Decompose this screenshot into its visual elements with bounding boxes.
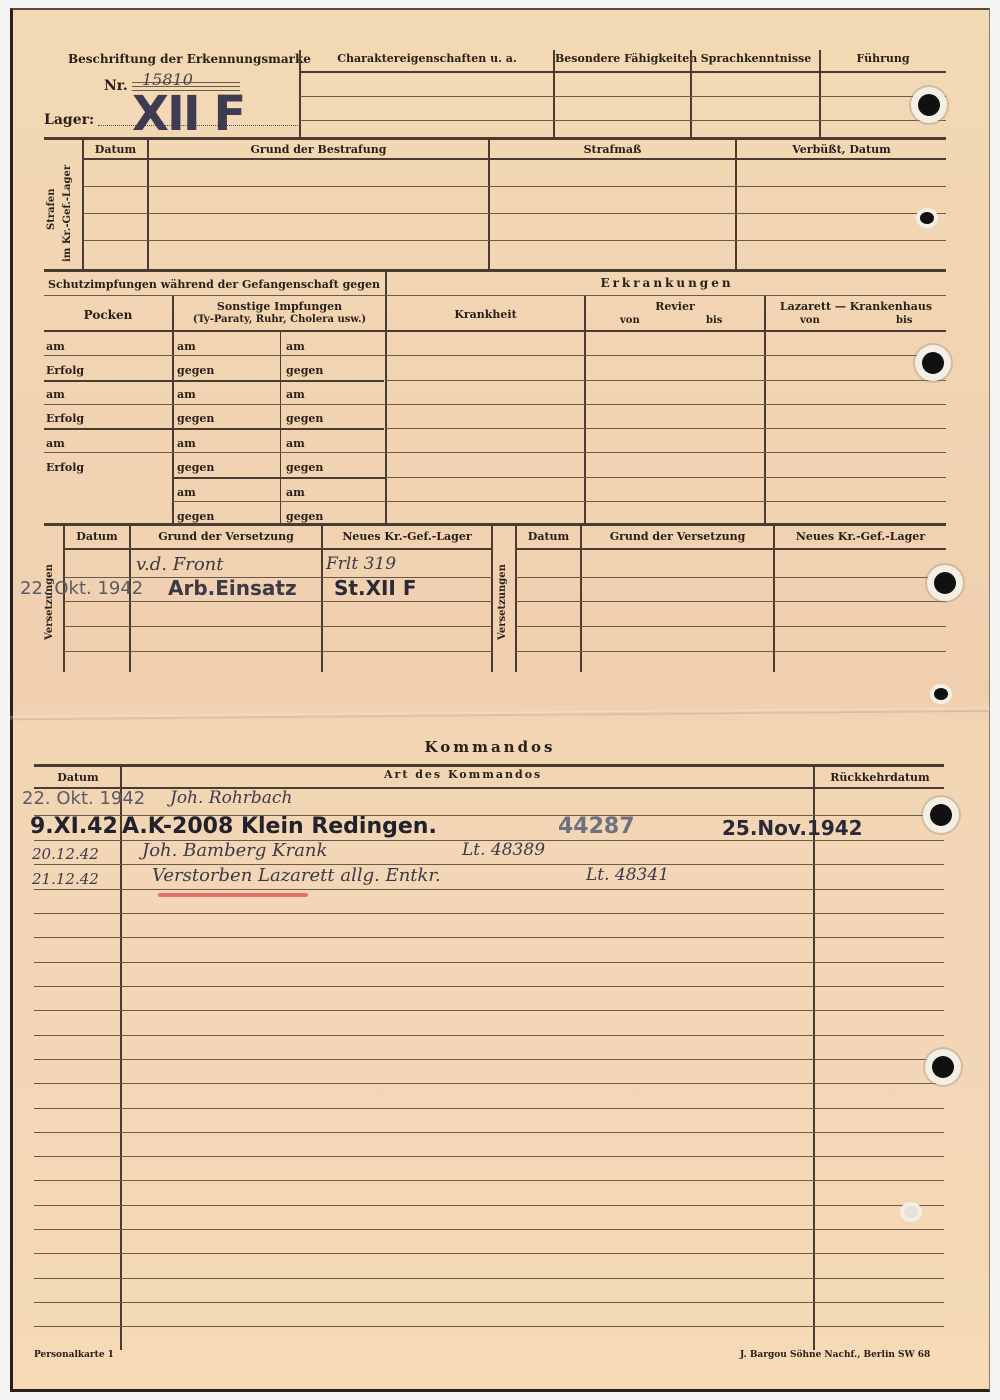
col-fuehrung: Führung [821,52,945,65]
sonstige-row: am [177,388,196,401]
col-faehigkeiten: Besondere Fähigkeiten [555,52,690,65]
versetzungen-side-label-right: Versetzungen [497,564,508,640]
sonstige-row: am [177,486,196,499]
sonstige-row: am [286,486,305,499]
punch-hole [932,1056,954,1078]
personal-card [10,8,990,1392]
kommando-art: A.K-2008 Klein Redingen. [122,814,437,839]
punch-hole [918,94,940,116]
lager-stamp: XII F [132,86,244,142]
sonstige-row: am [286,437,305,450]
punch-hole [930,804,952,826]
versetzungen-side-label-left: Versetzungen [44,564,55,640]
pocken-row: am [46,340,65,353]
sonstige-row: am [177,340,196,353]
kommando-datum: 9.XI.42 [30,814,118,839]
kommando-datum: 22. Okt. 1942 [22,788,145,809]
col-strafe-grund: Grund der Bestrafung [149,143,488,156]
col-sonstige-sub: (Ty-Paraty, Ruhr, Cholera usw.) [174,314,385,325]
kommando-datum: 21.12.42 [32,870,99,888]
sonstige-row: gegen [286,412,323,425]
versetzung-lager-stamp: St.XII F [334,576,417,600]
punch-hole [904,1206,918,1218]
nr-label: Nr. [104,78,128,94]
kommando-datum: 20.12.42 [32,845,99,863]
punch-hole [934,688,948,700]
versetzung-lager-handwritten: Frlt 319 [326,554,396,574]
sonstige-row: gegen [177,364,214,377]
red-underline [158,893,308,897]
strafen-side-label-1: Strafen [46,188,57,230]
pocken-row: Erfolg [46,364,84,377]
col-vers-datum-right: Datum [517,530,580,543]
col-strafe-datum: Datum [84,143,147,156]
strafen-side-label-2: im Kr.-Gef.-Lager [62,165,73,262]
kommando-rueckkehr: 25.Nov.1942 [722,816,863,840]
punch-hole [922,352,944,374]
erkrankungen-title: Erkrankungen [387,276,947,290]
versetzung-datum: 22. Okt. 1942 [20,578,143,599]
sonstige-row: am [177,437,196,450]
sonstige-row: gegen [286,510,323,523]
pocken-row: am [46,388,65,401]
punch-hole [920,212,934,224]
tag-label: Beschriftung der Erkennungsmarke [68,52,311,66]
col-vers-grund-right: Grund der Versetzung [582,530,773,543]
col-rueckkehr: Rückkehrdatum [815,771,945,784]
revier-von: von [620,315,640,326]
kommando-nr: Lt. 48341 [586,865,669,885]
col-pocken: Pocken [44,308,172,322]
lazarett-von: von [800,315,820,326]
col-vers-grund-left: Grund der Versetzung [131,530,321,543]
col-sprachen: Sprachkenntnisse [692,52,820,65]
kommando-nr: Lt. 48389 [462,840,545,860]
lager-label: Lager: [44,112,94,128]
sonstige-row: gegen [286,461,323,474]
impfungen-title: Schutzimpfungen während der Gefangenscha… [44,278,384,291]
col-verbuesst: Verbüßt, Datum [737,143,946,156]
kommando-art: Joh. Bamberg Krank [142,840,327,861]
kommando-art: Joh. Rohrbach [170,788,292,808]
lazarett-bis: bis [896,315,912,326]
versetzung-grund-handwritten: v.d. Front [136,554,223,575]
col-revier: Revier [586,300,764,313]
pocken-row: am [46,437,65,450]
col-sonstige: Sonstige Impfungen [174,300,385,313]
sonstige-row: am [286,388,305,401]
form-name: Personalkarte 1 [34,1350,114,1360]
col-lazarett: Lazarett — Krankenhaus [766,300,946,313]
punch-hole [934,572,956,594]
pocken-row: Erfolg [46,412,84,425]
sonstige-row: gegen [177,461,214,474]
pocken-row: Erfolg [46,461,84,474]
sonstige-row: gegen [177,412,214,425]
col-vers-lager-left: Neues Kr.-Gef.-Lager [323,530,491,543]
col-kommando-datum: Datum [36,771,120,784]
kommando-nr: 44287 [558,814,635,839]
sonstige-row: gegen [177,510,214,523]
revier-bis: bis [706,315,722,326]
col-charakter: Charaktereigenschaften u. a. [300,52,554,65]
col-krankheit: Krankheit [387,308,584,321]
col-kommando-art: Art des Kommandos [384,768,542,781]
sonstige-row: gegen [286,364,323,377]
col-strafmass: Strafmaß [490,143,735,156]
col-vers-lager-right: Neues Kr.-Gef.-Lager [775,530,946,543]
kommandos-title: Kommandos [380,738,600,756]
printer-imprint: J. Bargou Söhne Nachf., Berlin SW 68 [740,1350,930,1360]
sonstige-row: am [286,340,305,353]
kommando-art: Verstorben Lazarett allg. Entkr. [152,865,441,886]
versetzung-grund-stamp: Arb.Einsatz [168,576,297,600]
col-vers-datum-left: Datum [65,530,129,543]
